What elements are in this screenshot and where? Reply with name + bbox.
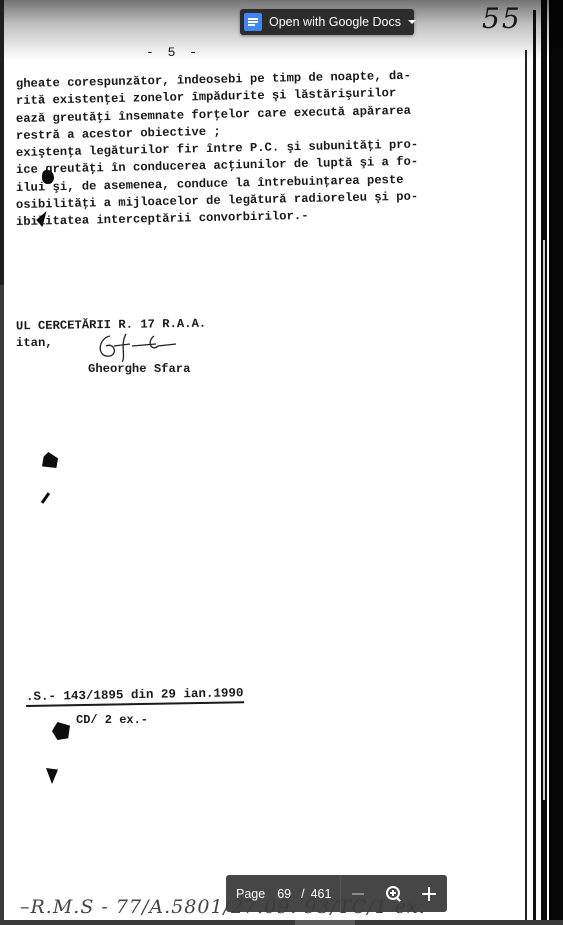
google-docs-icon <box>244 13 262 31</box>
magnifier-plus-icon <box>386 886 402 902</box>
current-page[interactable]: 69 <box>277 887 291 901</box>
signatory-name: Gheorghe Sfara <box>88 362 190 376</box>
open-with-google-docs-button[interactable]: Open with Google Docs <box>240 9 401 35</box>
ink-blot <box>46 768 58 784</box>
zoom-button[interactable] <box>376 875 411 912</box>
page-toolbar: Page 69 / 461 <box>226 875 447 912</box>
zoom-out-button[interactable] <box>341 875 376 912</box>
scrollbar-thumb[interactable] <box>295 920 355 925</box>
page-indicator: Page 69 / 461 <box>226 887 340 901</box>
binding-spine <box>519 0 563 920</box>
zoom-in-button[interactable] <box>412 875 447 912</box>
signature-block: UL CERCETĂRII R. 17 R.A.A. itan, Gheorgh… <box>16 318 206 350</box>
signature-unit: UL CERCETĂRII R. 17 R.A.A. <box>16 317 206 334</box>
minus-icon <box>352 893 364 895</box>
page-number: - 5 - <box>146 45 200 60</box>
caret-down-icon <box>408 20 416 24</box>
handwritten-signature <box>96 332 186 362</box>
reference-block: .S.- 143/1895 din 29 ian.1990 CD/ 2 ex.- <box>26 690 244 727</box>
open-with-dropdown-button[interactable] <box>408 9 416 35</box>
open-with-label: Open with Google Docs <box>269 15 401 29</box>
plus-icon <box>422 887 436 901</box>
ink-blot <box>42 452 58 468</box>
open-with-google-docs: Open with Google Docs <box>240 9 414 35</box>
registration-number: .S.- 143/1895 din 29 ian.1990 <box>26 686 244 707</box>
ink-blot <box>41 492 50 504</box>
document-page: - 5 - 55 gheate corespunzător, îndeosebi… <box>4 0 563 920</box>
handwritten-sheet-number: 55 <box>482 2 522 35</box>
ink-blot <box>42 170 54 184</box>
page-separator: / <box>301 887 304 901</box>
document-body: gheate corespunzător, îndeosebi pe timp … <box>16 76 486 232</box>
horizontal-scrollbar[interactable] <box>0 920 563 925</box>
copies-note: CD/ 2 ex.- <box>76 713 244 727</box>
pdf-viewer: - 5 - 55 gheate corespunzător, îndeosebi… <box>0 0 563 925</box>
total-pages: 461 <box>311 887 332 901</box>
page-label: Page <box>236 887 265 901</box>
